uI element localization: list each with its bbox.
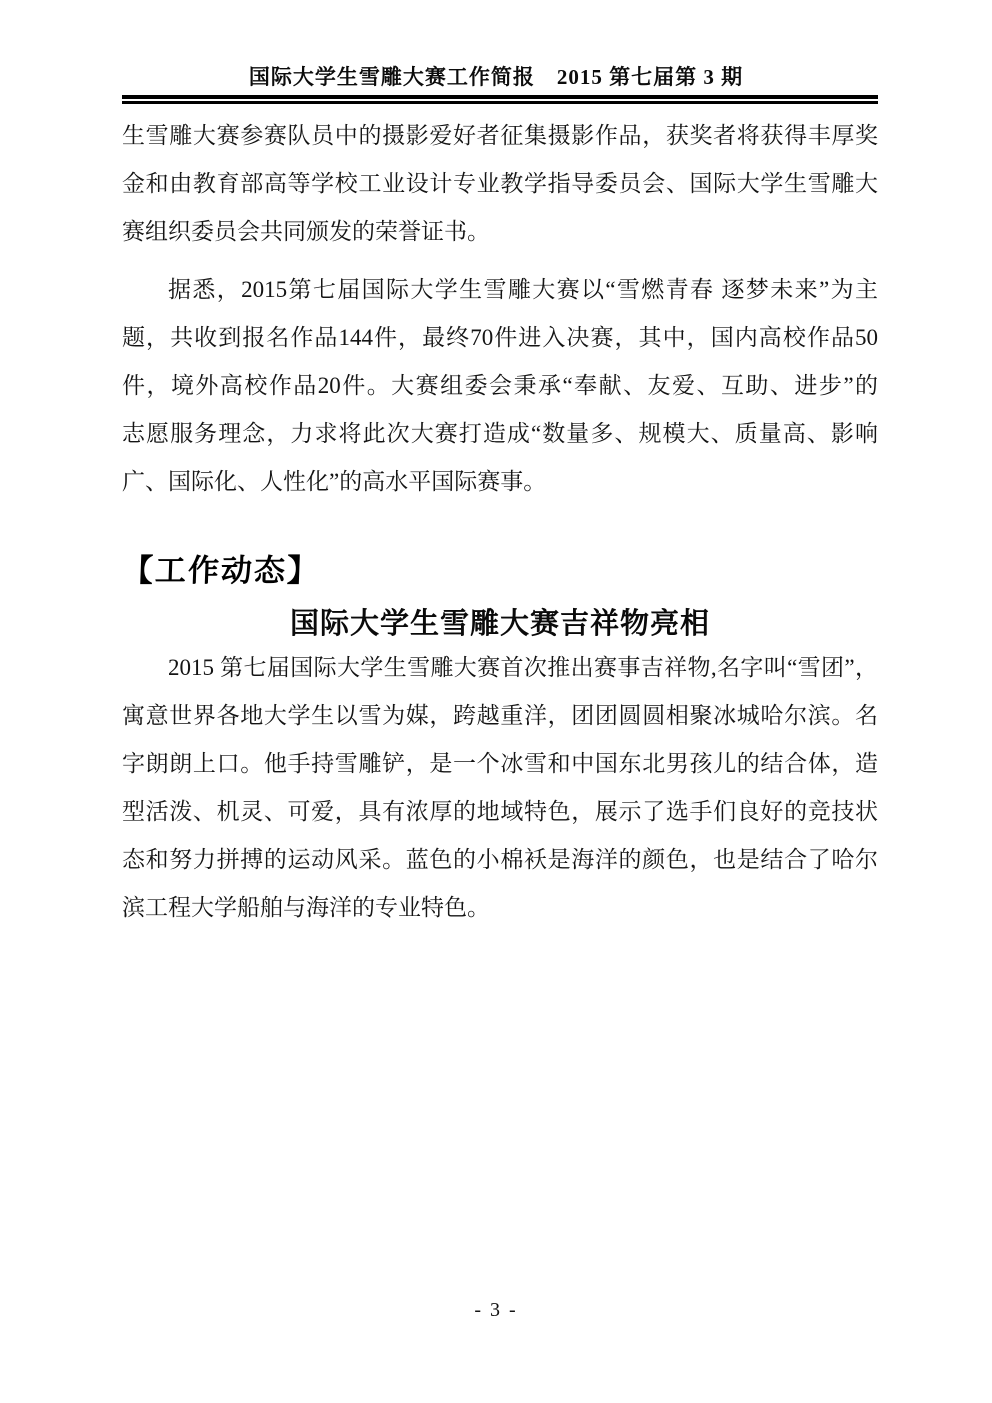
page-number: - 3 - [0, 1298, 992, 1322]
text-line: 字朗朗上口。他手持雪雕铲，是一个冰雪和中国东北男孩儿的结合体，造 [122, 740, 878, 788]
text-line: 件，境外高校作品20件。大赛组委会秉承“奉献、友爱、互助、进步”的 [122, 362, 878, 410]
text-line: 金和由教育部高等学校工业设计专业教学指导委员会、国际大学生雪雕大 [122, 160, 878, 208]
article-title: 国际大学生雪雕大赛吉祥物亮相 [122, 604, 878, 644]
paragraph: 2015 第七届国际大学生雪雕大赛首次推出赛事吉祥物,名字叫“雪团”， 寓意世界… [122, 644, 878, 932]
paragraph: 据悉，2015第七届国际大学生雪雕大赛以“雪燃青春 逐梦未来”为主 题，共收到报… [122, 266, 878, 506]
text-line: 2015 第七届国际大学生雪雕大赛首次推出赛事吉祥物,名字叫“雪团”， [122, 644, 878, 692]
bulletin-running-head: 国际大学生雪雕大赛工作简报 2015 第七届第 3 期 [0, 64, 992, 90]
text-line: 赛组织委员会共同颁发的荣誉证书。 [122, 208, 878, 256]
text-line: 生雪雕大赛参赛队员中的摄影爱好者征集摄影作品，获奖者将获得丰厚奖 [122, 112, 878, 160]
text-line: 题，共收到报名作品144件，最终70件进入决赛，其中，国内高校作品50 [122, 314, 878, 362]
section-heading-work-updates: 【工作动态】 [121, 550, 878, 592]
text-line: 寓意世界各地大学生以雪为媒，跨越重洋，团团圆圆相聚冰城哈尔滨。名 [122, 692, 878, 740]
text-line: 据悉，2015第七届国际大学生雪雕大赛以“雪燃青春 逐梦未来”为主 [122, 266, 878, 314]
paragraph: 生雪雕大赛参赛队员中的摄影爱好者征集摄影作品，获奖者将获得丰厚奖 金和由教育部高… [122, 112, 878, 256]
text-line: 滨工程大学船舶与海洋的专业特色。 [122, 884, 878, 932]
document-page: 国际大学生雪雕大赛工作简报 2015 第七届第 3 期 生雪雕大赛参赛队员中的摄… [0, 0, 992, 1403]
text-line: 志愿服务理念，力求将此次大赛打造成“数量多、规模大、质量高、影响 [122, 410, 878, 458]
text-line: 态和努力拼搏的运动风采。蓝色的小棉袄是海洋的颜色，也是结合了哈尔 [122, 836, 878, 884]
text-line: 广、国际化、人性化”的高水平国际赛事。 [122, 458, 878, 506]
text-line: 型活泼、机灵、可爱，具有浓厚的地域特色，展示了选手们良好的竞技状 [122, 788, 878, 836]
header-double-rule [122, 95, 878, 104]
document-body: 生雪雕大赛参赛队员中的摄影爱好者征集摄影作品，获奖者将获得丰厚奖 金和由教育部高… [122, 112, 878, 932]
